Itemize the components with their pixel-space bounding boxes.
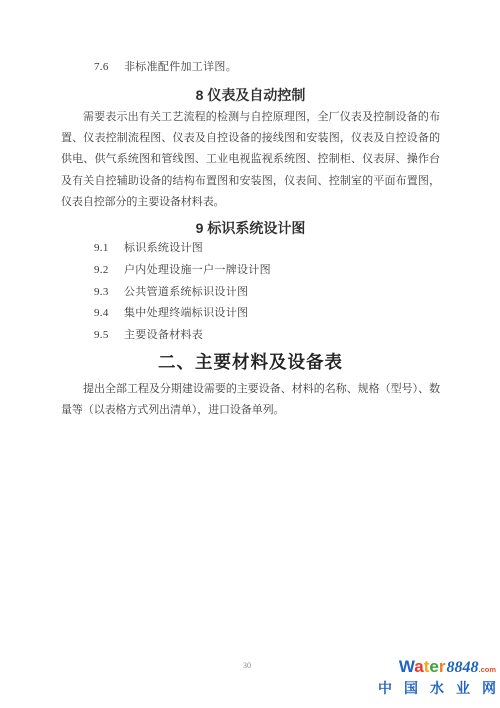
- item-number: 9.1: [94, 242, 124, 255]
- watermark-brand-line: Water8848.com: [356, 657, 496, 677]
- item-text: 公共管道系统标识设计图: [124, 286, 248, 298]
- watermark-subtitle: 中国水业网: [356, 678, 500, 698]
- item-number: 9.3: [94, 286, 124, 299]
- clause-text: 非标准配件加工详图。: [124, 61, 237, 73]
- clause-number: 7.6: [94, 60, 124, 74]
- main-section-paragraph: 提出全部工程及分期建设需要的主要设备、材料的名称、规格（型号）、数量等（以表格方…: [61, 379, 440, 421]
- list-item: 9.2户内处理设施一户一牌设计图: [94, 264, 440, 277]
- clause-7-6: 7.6非标准配件加工详图。: [94, 60, 440, 74]
- list-item: 9.4集中处理终端标识设计图: [94, 307, 440, 320]
- watermark-tld: .com: [478, 665, 496, 674]
- item-text: 集中处理终端标识设计图: [124, 307, 248, 319]
- watermark-number: 8848: [446, 659, 478, 677]
- section-9-list: 9.1标识系统设计图 9.2户内处理设施一户一牌设计图 9.3公共管道系统标识设…: [61, 242, 440, 342]
- item-text: 户内处理设施一户一牌设计图: [124, 264, 271, 276]
- watermark-logo: Water8848.com 中国水业网: [356, 657, 496, 698]
- section-9-heading: 9 标识系统设计图: [61, 219, 440, 237]
- item-number: 9.5: [94, 329, 124, 342]
- item-number: 9.4: [94, 307, 124, 320]
- content-column: 7.6非标准配件加工详图。 8 仪表及自动控制 需要表示出有关工艺流程的检测与自…: [61, 60, 440, 421]
- item-text: 主要设备材料表: [124, 329, 203, 341]
- section-8-paragraph: 需要表示出有关工艺流程的检测与自控原理图，全厂仪表及控制设备的布置、仪表控制流程…: [61, 107, 440, 213]
- list-item: 9.5主要设备材料表: [94, 329, 440, 342]
- section-8-heading: 8 仪表及自动控制: [61, 86, 440, 104]
- document-page: 7.6非标准配件加工详图。 8 仪表及自动控制 需要表示出有关工艺流程的检测与自…: [0, 0, 500, 708]
- watermark-word: Water: [399, 657, 446, 677]
- item-number: 9.2: [94, 264, 124, 277]
- item-text: 标识系统设计图: [124, 242, 203, 254]
- main-section-heading: 二、主要材料及设备表: [61, 351, 440, 373]
- list-item: 9.3公共管道系统标识设计图: [94, 286, 440, 299]
- list-item: 9.1标识系统设计图: [94, 242, 440, 255]
